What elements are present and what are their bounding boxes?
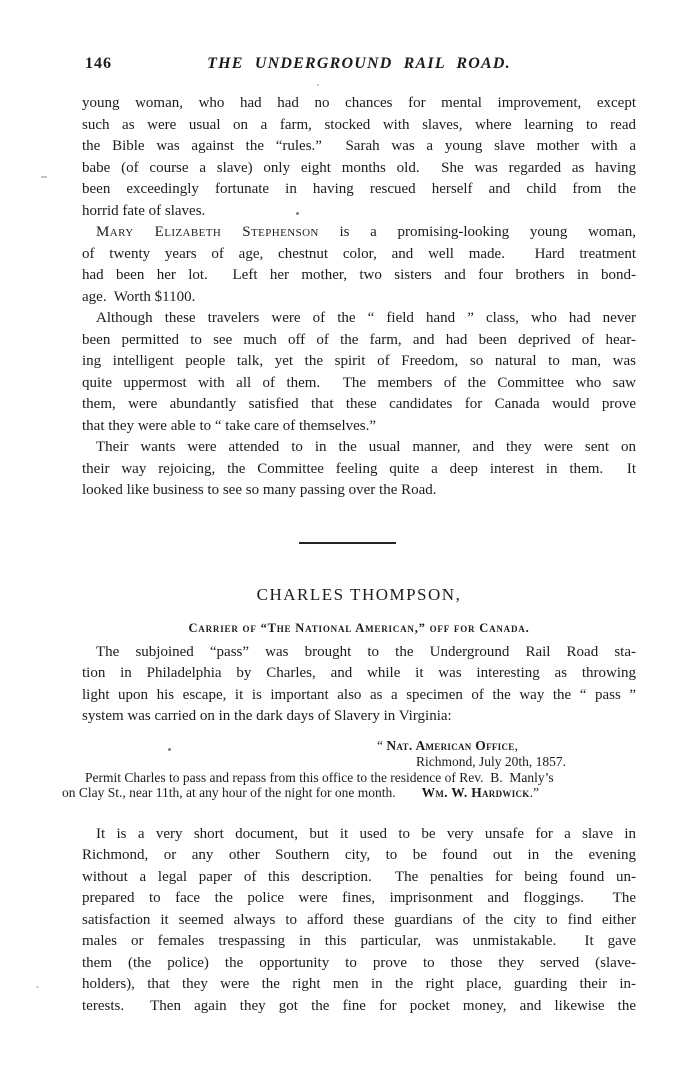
paragraph: Mary Elizabeth Stephenson is a promising… [82,222,636,308]
text-line: The subjoined “pass” was brought to the … [82,642,636,664]
text-line: that they were able to “ take care of th… [82,416,636,438]
text-line: horrid fate of slaves. [82,201,636,223]
text-line: prepared to face the police were fines, … [82,888,636,910]
text-line: terests. Then again they got the fine fo… [82,996,636,1018]
section-subtitle: Carrier of “The National American,” off … [82,620,636,636]
text-line: them, were abundantly satisfied that the… [82,394,636,416]
text-line: their way rejoicing, the Committee feeli… [82,459,636,481]
scan-speck [41,176,47,178]
pass-date-line: Richmond, July 20th, 1857. [416,754,640,770]
section-intro-paragraph: The subjoined “pass” was brought to the … [82,642,636,728]
paragraph: It is a very short document, but it used… [82,824,636,1018]
scan-speck [317,84,319,86]
book-page: 146 THE UNDERGROUND RAIL ROAD. young wom… [0,0,700,1079]
text-line: babe (of course a slave) only eight mont… [82,158,636,180]
paragraph: The subjoined “pass” was brought to the … [82,642,636,728]
text-line: It is a very short document, but it used… [82,824,636,846]
text-line: been permitted to see much off of the fa… [82,330,636,352]
text-line: ing intelligent people talk, yet the spi… [82,351,636,373]
scan-speck [168,748,171,751]
paragraph: Although these travelers were of the “ f… [82,308,636,437]
text-line: holders), that they were the right men i… [82,974,636,996]
text-line: Although these travelers were of the “ f… [82,308,636,330]
pass-text-line: Permit Charles to pass and repass from t… [62,770,640,786]
text-line: such as were usual on a farm, stocked wi… [82,115,636,137]
running-title: THE UNDERGROUND RAIL ROAD. [82,55,636,73]
text-line: looked like business to see so many pass… [82,480,636,502]
text-line: of twenty years of age, chestnut color, … [82,244,636,266]
text-line: quite uppermost with all of them. The me… [82,373,636,395]
text-line: males or females trespassing in this par… [82,931,636,953]
pass-text-line: on Clay St., near 11th, at any hour of t… [62,785,640,801]
pass-body-lines: Permit Charles to pass and repass from t… [62,770,640,801]
text-line: system was carried on in the dark days o… [82,706,636,728]
text-line: young woman, who had had no chances for … [82,93,636,115]
scan-speck [296,212,299,215]
text-line: the Bible was against the “rules.” Sarah… [82,136,636,158]
running-head: 146 THE UNDERGROUND RAIL ROAD. [82,55,636,77]
narrative-paragraphs: young woman, who had had no chances for … [82,93,636,502]
text-line: satisfaction it seemed always to afford … [82,910,636,932]
text-line: without a legal paper of this descriptio… [82,867,636,889]
text-line: been exceedingly fortunate in having res… [82,179,636,201]
closing-paragraph: It is a very short document, but it used… [82,824,636,1018]
text-line: Richmond, or any other Southern city, to… [82,845,636,867]
scan-speck [36,986,39,988]
section-title: CHARLES THOMPSON, [82,584,636,606]
text-line: tion in Philadelphia by Charles, and whi… [82,663,636,685]
text-column: young woman, who had had no chances for … [82,93,636,1017]
pass-document-block: “ Nat. American Office, Richmond, July 2… [62,738,640,801]
text-line: Mary Elizabeth Stephenson is a promising… [82,222,636,244]
text-line: light upon his escape, it is important a… [82,685,636,707]
text-line: them (the police) the opportunity to pro… [82,953,636,975]
text-line: had been her lot. Left her mother, two s… [82,265,636,287]
section-divider-rule [299,542,396,544]
pass-office-line: “ Nat. American Office, [377,738,640,754]
text-line: age. Worth $1100. [82,287,636,309]
paragraph: Their wants were attended to in the usua… [82,437,636,502]
text-line: Their wants were attended to in the usua… [82,437,636,459]
paragraph: young woman, who had had no chances for … [82,93,636,222]
